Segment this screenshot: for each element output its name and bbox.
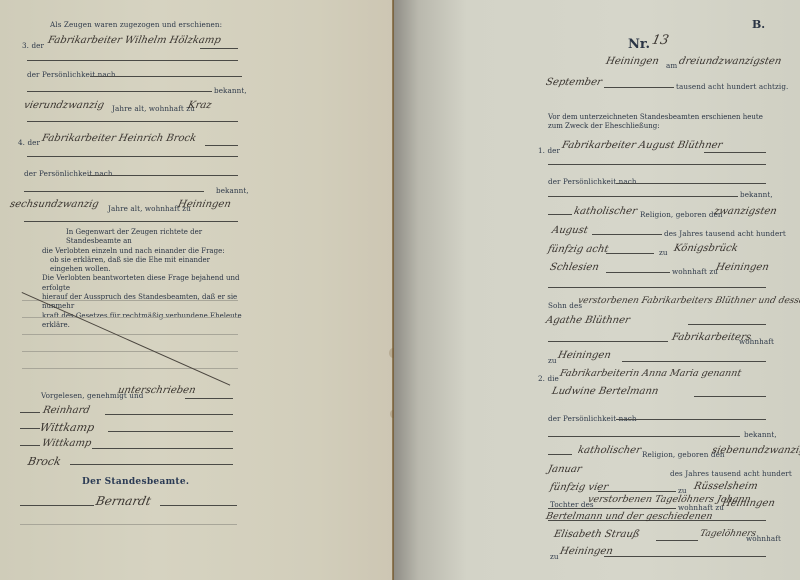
witness3-identity-label: der Persönlichkeit nach [27, 70, 116, 79]
groom-religion-label: Religion, geboren den [640, 210, 723, 219]
signature-1: Reinhard [42, 405, 91, 416]
witness4-identity-label: der Persönlichkeit nach [24, 169, 113, 178]
witness4-name: Fabrikarbeiter Heinrich Brock [41, 133, 197, 144]
right-page: B. Nr. 13 Heiningen am dreiundzwanzigste… [394, 0, 800, 580]
official-signature: Bernardt [95, 494, 153, 508]
bride-born-at-label: zu [678, 486, 687, 495]
number-label: Nr. [628, 37, 650, 52]
section-letter: B. [752, 18, 765, 31]
record-number: 13 [650, 33, 670, 48]
groom-birth-month: August [551, 225, 589, 236]
official-label: Der Standesbeamte. [82, 477, 189, 487]
groom-born-at: Königsbrück [673, 243, 739, 254]
groom-residence-label: wohnhaft zu [672, 267, 718, 276]
bride-residence-label: wohnhaft zu [678, 503, 724, 512]
witness3-known-label: bekannt, [214, 86, 247, 95]
groom-parents-residence-label: wohnhaft [739, 337, 774, 346]
date-am-label: am [666, 61, 677, 70]
left-page: Als Zeugen waren zugezogen und erschiene… [0, 0, 394, 580]
groom-religion: katholischer [573, 206, 638, 217]
witnesses-intro: Als Zeugen waren zugezogen und erschiene… [50, 20, 222, 29]
groom-born-at-label: zu [659, 248, 668, 257]
bride-known-label: bekannt, [744, 430, 777, 439]
bride-birth-month: Januar [547, 464, 583, 475]
groom-name: Fabrikarbeiter August Blüthner [561, 140, 724, 151]
bride-name-2: Ludwine Bertelmann [551, 386, 660, 397]
bride-birth-day: siebenundzwanzigsten [711, 445, 800, 456]
bride-born-at: Rüsselsheim [693, 481, 759, 492]
groom-known-label: bekannt, [740, 190, 773, 199]
intro-text: Vor dem unterzeichneten Standesbeamten e… [548, 113, 763, 132]
groom-parents-zu: zu [548, 356, 557, 365]
groom-birth-year: fünfzig acht [547, 244, 610, 255]
groom-prefix: 1. der [538, 146, 560, 155]
bride-prefix: 2. die [538, 374, 559, 383]
witness4-known-label: bekannt, [216, 186, 249, 195]
witness3-age: vierundzwanzig [23, 100, 105, 111]
bride-residence: Heiningen [721, 498, 776, 509]
witness3-age-label: Jahre alt, wohnhaft zu [112, 104, 195, 113]
witness3-prefix: 3. der [22, 41, 44, 50]
groom-year-label: des Jahres tausend acht hundert [664, 229, 786, 238]
date-day: dreiundzwanzigsten [678, 56, 783, 67]
groom-parents-place: Heiningen [557, 350, 612, 361]
groom-mother: Agathe Blüthner [545, 315, 631, 326]
groom-residence: Heiningen [715, 262, 770, 273]
signature-2: Wittkamp [39, 421, 96, 434]
witness3-residence: Kraz [187, 100, 213, 111]
groom-birth-day: zwanzigsten [713, 206, 778, 217]
groom-region: Schlesien [549, 262, 600, 273]
witness4-prefix: 4. der [18, 138, 40, 147]
groom-parents: verstorbenen Fabrikarbeiters Blüthner un… [577, 296, 800, 306]
read-approved-hand: unterschrieben [117, 385, 197, 396]
signature-4: Brock [27, 455, 63, 468]
bride-religion: katholischer [577, 445, 642, 456]
witness4-age: sechsundzwanzig [9, 199, 100, 210]
witness3-name: Fabrikarbeiter Wilhelm Hölzkamp [47, 35, 222, 46]
date-year-label: tausend acht hundert achtzig. [676, 82, 788, 91]
date-month: September [545, 77, 603, 88]
bride-year-label: des Jahres tausend acht hundert [670, 469, 792, 478]
signature-3: Wittkamp [41, 438, 93, 449]
bride-name: Fabrikarbeiterin Anna Maria genannt [559, 368, 742, 379]
witness4-residence: Heiningen [177, 199, 232, 210]
place-of-registration: Heiningen [605, 56, 660, 67]
groom-identity-label: der Persönlichkeit nach [548, 177, 637, 186]
